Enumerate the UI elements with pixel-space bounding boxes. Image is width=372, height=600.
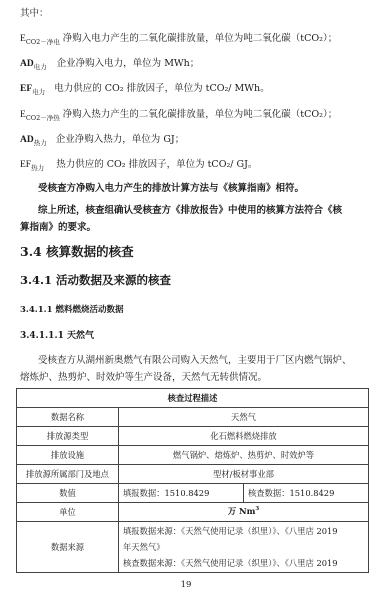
definition-ef-heat: EF热力 热力供应的 CO₂ 排放因子，单位为 tCO₂/ GJ。 bbox=[20, 159, 257, 171]
verified-value: 核查数据：1510.8429 bbox=[244, 484, 369, 503]
paragraph-line1: 受核查方从湖州新奥燃气有限公司购入天然气，主要用于厂区内燃气锅炉、 bbox=[38, 355, 352, 367]
unit-value: 万 Nm3 bbox=[119, 503, 369, 522]
row-value: 化石燃料燃烧排放 bbox=[119, 427, 369, 446]
definition-e-co2-electricity: ECO2－净电 净购入电力产生的二氧化碳排放量，单位为吨二氧化碳（tCO₂）； bbox=[20, 33, 337, 45]
definition-ef-electricity: EF电力 电力供应的 CO₂ 排放因子，单位为 tCO₂/ MWh。 bbox=[20, 83, 270, 95]
symbol: EF bbox=[20, 160, 31, 170]
subscript: 电力 bbox=[34, 63, 47, 71]
definition-text: 电力供应的 CO₂ 排放因子，单位为 tCO₂/ MWh。 bbox=[54, 83, 269, 94]
table-row: 数据名称 天然气 bbox=[17, 408, 369, 427]
unit-superscript: 3 bbox=[255, 506, 259, 512]
subscript: 热力 bbox=[34, 139, 47, 147]
heading-3-4-1: 3.4.1 活动数据及来源的核查 bbox=[20, 274, 171, 286]
symbol: E bbox=[20, 110, 26, 120]
row-value: 天然气 bbox=[119, 408, 369, 427]
subscript: 电力 bbox=[32, 88, 45, 96]
definition-text: 热力供应的 CO₂ 排放因子，单位为 tCO₂/ GJ。 bbox=[56, 159, 257, 170]
subscript: CO2－净电 bbox=[26, 38, 60, 46]
row-label: 数值 bbox=[17, 484, 119, 503]
definition-text: 企业净购入热力，单位为 GJ； bbox=[56, 134, 184, 145]
intro-label: 其中： bbox=[20, 8, 49, 20]
source-line: 核查数据来源：《天然气使用记录（织里）》、《八里店 2019 bbox=[123, 555, 364, 571]
row-label: 单位 bbox=[17, 503, 119, 522]
definition-ad-electricity: AD电力 企业净购入电力，单位为 MWh； bbox=[20, 58, 199, 70]
row-label: 排放源类型 bbox=[17, 427, 119, 446]
row-label: 数据来源 bbox=[17, 522, 119, 573]
symbol: AD bbox=[20, 135, 34, 145]
definition-ad-heat: AD热力 企业净购入热力，单位为 GJ； bbox=[20, 134, 184, 146]
unit-row: 单位 万 Nm3 bbox=[17, 503, 369, 522]
row-value: 型材/板材事业部 bbox=[119, 465, 369, 484]
source-line: 填报数据来源：《天然气使用记录（织里）》、《八里店 2019 bbox=[123, 523, 364, 539]
table-row: 排放源所属部门及地点 型材/板材事业部 bbox=[17, 465, 369, 484]
symbol: AD bbox=[20, 59, 34, 69]
verification-table: 核查过程描述 数据名称 天然气 排放源类型 化石燃料燃烧排放 排放设施 燃气锅炉… bbox=[16, 388, 369, 573]
heading-3-4-1-1-1: 3.4.1.1.1 天然气 bbox=[20, 330, 94, 342]
source-row: 数据来源 填报数据来源：《天然气使用记录（织里）》、《八里店 2019 年天然气… bbox=[17, 522, 369, 573]
row-label: 数据名称 bbox=[17, 408, 119, 427]
symbol: E bbox=[20, 34, 26, 44]
value-row: 数值 填报数据：1510.8429 核查数据：1510.8429 bbox=[17, 484, 369, 503]
page-number: 19 bbox=[0, 580, 372, 590]
source-value: 填报数据来源：《天然气使用记录（织里）》、《八里店 2019 年天然气》 核查数… bbox=[119, 522, 369, 573]
definition-e-co2-heat: ECO2－净热 净购入热力产生的二氧化碳排放量，单位为吨二氧化碳（tCO₂）； bbox=[20, 109, 337, 121]
row-label: 排放设施 bbox=[17, 446, 119, 465]
row-label: 排放源所属部门及地点 bbox=[17, 465, 119, 484]
paragraph-line2: 熔炼炉、热剪炉、时效炉等生产设备，天然气无转供情况。 bbox=[20, 372, 267, 384]
conclusion-summary-line1: 综上所述，核查组确认受核查方《排放报告》中使用的核算方法符合《核 bbox=[38, 205, 342, 217]
unit-text: 万 Nm bbox=[228, 506, 256, 516]
reported-value: 填报数据：1510.8429 bbox=[119, 484, 244, 503]
definition-text: 企业净购入电力，单位为 MWh； bbox=[57, 58, 200, 69]
subscript: CO2－净热 bbox=[26, 114, 60, 122]
subscript: 热力 bbox=[31, 164, 44, 172]
definition-text: 净购入电力产生的二氧化碳排放量，单位为吨二氧化碳（tCO₂）； bbox=[63, 33, 337, 44]
definition-text: 净购入热力产生的二氧化碳排放量，单位为吨二氧化碳（tCO₂）； bbox=[63, 109, 337, 120]
heading-3-4-1-1: 3.4.1.1 燃料燃烧活动数据 bbox=[20, 304, 124, 316]
table-row: 排放源类型 化石燃料燃烧排放 bbox=[17, 427, 369, 446]
source-line: 年天然气》 bbox=[123, 539, 364, 555]
table-row: 排放设施 燃气锅炉、熔炼炉、热剪炉、时效炉等 bbox=[17, 446, 369, 465]
conclusion-summary-line2: 算指南》的要求。 bbox=[20, 222, 96, 234]
table-title: 核查过程描述 bbox=[17, 389, 369, 408]
symbol: EF bbox=[20, 84, 32, 94]
table-title-row: 核查过程描述 bbox=[17, 389, 369, 408]
heading-3-4: 3.4 核算数据的核查 bbox=[20, 246, 134, 258]
conclusion-electricity: 受核查方净购入电力产生的排放计算方法与《核算指南》相符。 bbox=[38, 183, 304, 195]
row-value: 燃气锅炉、熔炼炉、热剪炉、时效炉等 bbox=[119, 446, 369, 465]
